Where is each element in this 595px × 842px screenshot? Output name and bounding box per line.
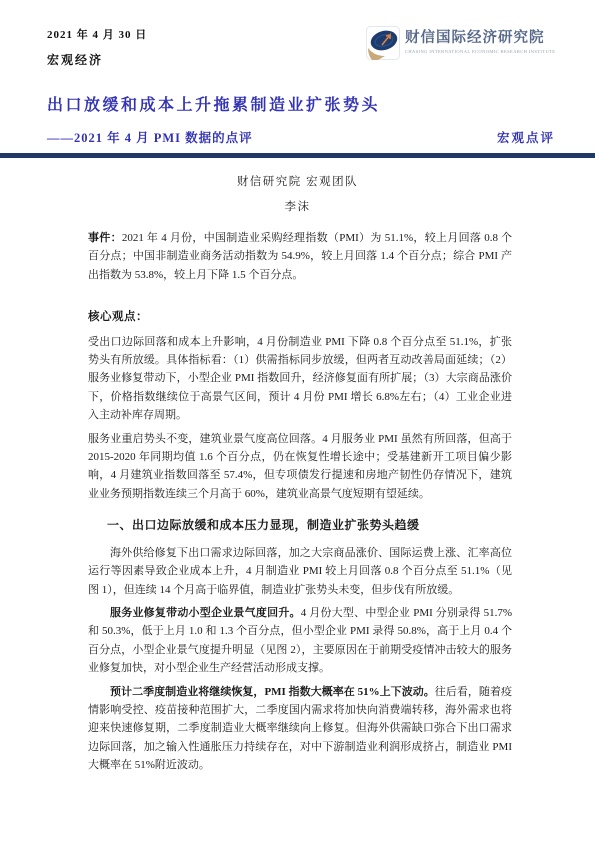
header-meta: 2021 年 4 月 30 日 宏观经济 (47, 26, 147, 68)
subtitle-row: ——2021 年 4 月 PMI 数据的点评 宏观点评 (47, 128, 555, 146)
core-viewpoints-heading: 核心观点： (88, 308, 512, 326)
section-1-heading: 一、出口边际放缓和成本压力显现，制造业扩张势头趋缓 (107, 516, 512, 534)
report-body: 事件：2021 年 4 月份，中国制造业采购经理指数（PMI）为 51.1%，较… (0, 229, 595, 775)
paragraph-3-lead: 预计二季度制造业将继续恢复，PMI 指数大概率在 51%上下波动。 (110, 686, 435, 698)
section-1-paragraph-3: 预计二季度制造业将继续恢复，PMI 指数大概率在 51%上下波动。往后看，随着疫… (88, 683, 512, 775)
byline: 财信研究院 宏观团队 李沫 (0, 173, 595, 214)
header-top-row: 2021 年 4 月 30 日 宏观经济 财信国际经济研究院 CHASING I… (47, 26, 555, 68)
author-name: 李沫 (0, 198, 595, 214)
report-title: 出口放缓和成本上升拖累制造业扩张势头 (47, 92, 555, 115)
report-category: 宏观经济 (47, 51, 147, 68)
team-byline: 财信研究院 宏观团队 (0, 173, 595, 189)
report-date: 2021 年 4 月 30 日 (47, 26, 147, 42)
event-label: 事件： (88, 232, 122, 244)
institute-logo: 财信国际经济研究院 CHASING INTERNATIONAL ECONOMIC… (366, 26, 555, 65)
report-page: 2021 年 4 月 30 日 宏观经济 财信国际经济研究院 CHASING I… (0, 0, 595, 842)
institute-name-en: CHASING INTERNATIONAL ECONOMIC RESEARCH … (405, 49, 555, 54)
institute-name-cn: 财信国际经济研究院 (405, 26, 555, 47)
paragraph-2-lead: 服务业修复带动小型企业景气度回升。 (110, 607, 301, 619)
core-paragraph-2: 服务业重启势头不变，建筑业景气度高位回落。4 月服务业 PMI 虽然有所回落，但… (88, 430, 512, 504)
section-1-paragraph-1: 海外供给修复下出口需求边际回落，加之大宗商品涨价、国际运费上涨、汇率高位运行等因… (88, 544, 512, 599)
satellite-dish-icon (366, 26, 400, 65)
event-text: 2021 年 4 月份，中国制造业采购经理指数（PMI）为 51.1%，较上月回… (88, 232, 512, 281)
report-type-label: 宏观点评 (497, 128, 555, 146)
institute-name-block: 财信国际经济研究院 CHASING INTERNATIONAL ECONOMIC… (405, 26, 555, 54)
event-paragraph: 事件：2021 年 4 月份，中国制造业采购经理指数（PMI）为 51.1%，较… (88, 229, 512, 284)
report-header: 2021 年 4 月 30 日 宏观经济 财信国际经济研究院 CHASING I… (0, 26, 595, 146)
report-subtitle: ——2021 年 4 月 PMI 数据的点评 (47, 128, 253, 146)
section-1-paragraph-2: 服务业修复带动小型企业景气度回升。4 月份大型、中型企业 PMI 分别录得 51… (88, 604, 512, 678)
header-divider-rule (0, 153, 595, 158)
paragraph-3-text: 往后看，随着疫情影响受控、疫苗接种范围扩大，二季度国内需求将加快向消费端转移，海… (88, 686, 512, 772)
core-paragraph-1: 受出口边际回落和成本上升影响，4 月份制造业 PMI 下降 0.8 个百分点至 … (88, 333, 512, 425)
